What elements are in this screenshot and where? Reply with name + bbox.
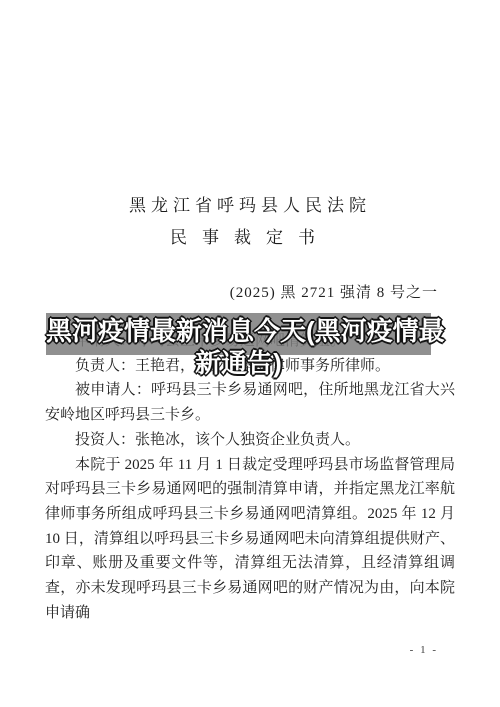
paragraph-respondent: 被申请人：呼玛县三卡乡易通网吧，住所地黑龙江省大兴安岭地区呼玛县三卡乡。: [45, 378, 455, 427]
paragraph-investor: 投资人：张艳冰，该个人独资企业负责人。: [45, 428, 455, 453]
court-name: 黑龙江省呼玛县人民法院: [0, 191, 500, 216]
document-page: 黑龙江省呼玛县人民法院 民事裁定书 (2025) 黑 2721 强清 8 号之一…: [0, 0, 500, 707]
page-number: - 1 -: [410, 644, 438, 656]
document-type-title: 民事裁定书: [0, 223, 500, 248]
watermark-line-2: 新通告): [46, 347, 431, 379]
paragraph-ruling-background: 本院于 2025 年 11 月 1 日裁定受理呼玛县市场监督管理局对呼玛县三卡乡…: [45, 453, 455, 626]
case-number: (2025) 黑 2721 强清 8 号之一: [230, 281, 438, 302]
seo-watermark-title: 黑河疫情最新消息今天(黑河疫情最 新通告): [46, 315, 431, 379]
watermark-line-1: 黑河疫情最新消息今天(黑河疫情最: [46, 315, 431, 347]
